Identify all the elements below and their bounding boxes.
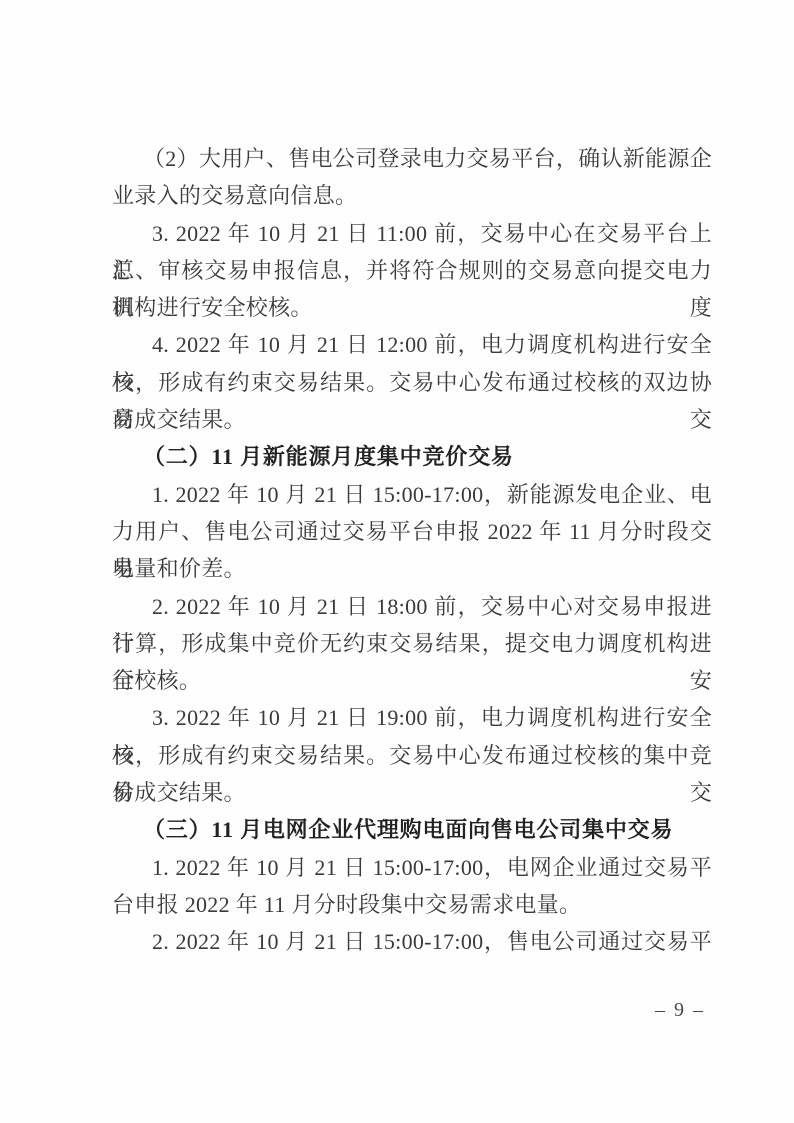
body-text-line: 业录入的交易意向信息。 [112,177,712,214]
body-text-line: 3. 2022 年 10 月 21 日 11:00 前，交易中心在交易平台上汇 [112,215,712,252]
section-heading-2: （二）11 月新能源月度集中竞价交易 [112,438,712,475]
body-text-line: 电量和价差。 [112,550,712,587]
page-number: – 9 – [630,999,730,1022]
section-heading-3: （三）11 月电网企业代理购电面向售电公司集中交易 [112,811,712,848]
body-text-line: 力用户、售电公司通过交易平台申报 2022 年 11 月分时段交易 [112,513,712,550]
body-text-line: 2. 2022 年 10 月 21 日 18:00 前，交易中心对交易申报进行 [112,588,712,625]
body-text-line: 3. 2022 年 10 月 21 日 19:00 前，电力调度机构进行安全校 [112,699,712,736]
document-page: （2）大用户、售电公司登录电力交易平台，确认新能源企 业录入的交易意向信息。 3… [0,0,794,1123]
document-body: （2）大用户、售电公司登录电力交易平台，确认新能源企 业录入的交易意向信息。 3… [112,140,712,961]
body-text-line: 台申报 2022 年 11 月分时段集中交易需求电量。 [112,886,712,923]
body-text-line: （2）大用户、售电公司登录电力交易平台，确认新能源企 [112,140,712,177]
body-text-line: 1. 2022 年 10 月 21 日 15:00-17:00，新能源发电企业、… [112,476,712,513]
body-text-line: 核，形成有约束交易结果。交易中心发布通过校核的双边协商交 [112,364,712,401]
body-text-line: 4. 2022 年 10 月 21 日 12:00 前，电力调度机构进行安全校 [112,326,712,363]
body-text-line: 核，形成有约束交易结果。交易中心发布通过校核的集中竞价交 [112,737,712,774]
body-text-line: 计算，形成集中竞价无约束交易结果，提交电力调度机构进行安 [112,625,712,662]
body-text-line: 总、审核交易申报信息，并将符合规则的交易意向提交电力调度 [112,252,712,289]
body-text-line: 1. 2022 年 10 月 21 日 15:00-17:00，电网企业通过交易… [112,849,712,886]
body-text-line: 2. 2022 年 10 月 21 日 15:00-17:00，售电公司通过交易… [112,923,712,960]
